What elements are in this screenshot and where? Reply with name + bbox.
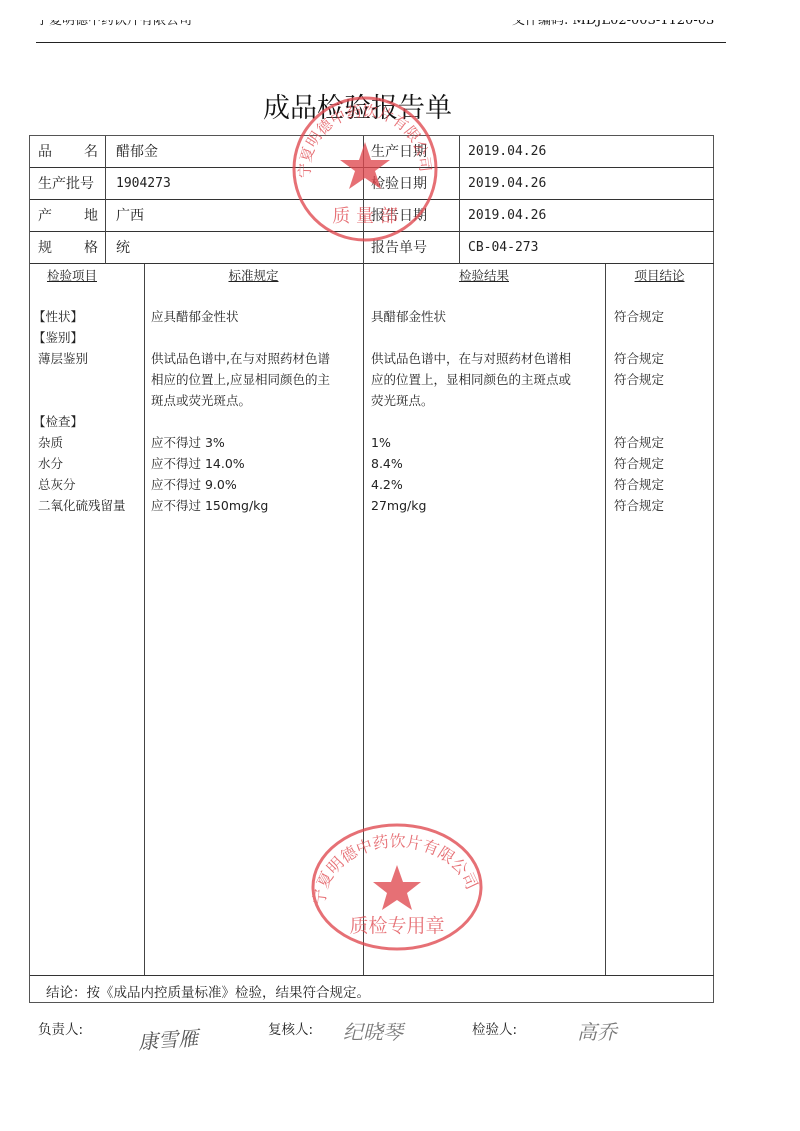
result-tlc: 供试品色谱中，在与对照药材色谱相应的位置上，显相同颜色的主斑点或荧光斑点。 <box>371 348 571 411</box>
check-conclusion: 符合规定 <box>614 495 664 516</box>
conclusion-tlc: 符合规定符合规定 <box>614 348 664 390</box>
item-xingzhuang: 【性状】 <box>33 306 83 327</box>
col-head-conclusion: 项目结论 <box>605 266 714 284</box>
result-xingzhuang: 具醋郁金性状 <box>371 306 446 327</box>
col-head-standard: 标准规定 <box>144 266 363 284</box>
responsible-label: 负责人: <box>38 1018 83 1038</box>
inspector-signature: 高乔 <box>577 1016 617 1045</box>
company-name: 宁夏明德中药饮片有限公司 <box>36 20 336 28</box>
prod-date-label: 生产日期 <box>371 136 427 168</box>
company-header: 宁夏明德中药饮片有限公司 <box>36 20 336 34</box>
doc-code-header: 文件编码: MDJL02-003-1120-03 <box>512 20 732 34</box>
check-standard: 应不得过 9.0% <box>151 474 237 495</box>
section-jiancha: 【检查】 <box>33 411 83 432</box>
inspector-label: 检验人: <box>472 1018 517 1038</box>
product-name-value: 醋郁金 <box>116 136 158 168</box>
origin-value: 广西 <box>116 200 144 232</box>
check-result: 27mg/kg <box>371 495 426 516</box>
spec-value: 统 <box>116 232 130 264</box>
check-item: 水分 <box>38 453 63 474</box>
origin-label: 产地 <box>38 200 98 232</box>
test-date-label: 检验日期 <box>371 168 427 200</box>
check-item: 二氧化硫残留量 <box>38 495 126 516</box>
batch-value: 1904273 <box>116 168 171 200</box>
test-date-value: 2019.04.26 <box>468 168 546 200</box>
prod-date-value: 2019.04.26 <box>468 136 546 168</box>
report-no-value: CB-04-273 <box>468 232 538 264</box>
check-result: 1% <box>371 432 391 453</box>
section-jianbie: 【鉴别】 <box>33 327 83 348</box>
report-table: 品名 醋郁金 生产批号 1904273 产地 广西 规格 统 生产日期 2019… <box>29 135 714 1003</box>
doc-code: 文件编码: MDJL02-003-1120-03 <box>512 20 732 28</box>
reviewer-label: 复核人: <box>268 1018 313 1038</box>
conclusion-xingzhuang: 符合规定 <box>614 306 664 327</box>
page-title: 成品检验报告单 <box>0 86 715 125</box>
responsible-signature: 康雪雁 <box>137 1022 199 1055</box>
report-date-label: 报告日期 <box>371 200 427 232</box>
col-head-item: 检验项目 <box>30 266 114 284</box>
batch-label: 生产批号 <box>38 168 94 200</box>
reviewer-signature: 纪晓琴 <box>343 1016 403 1045</box>
check-result: 8.4% <box>371 453 403 474</box>
check-standard: 应不得过 3% <box>151 432 225 453</box>
check-conclusion: 符合规定 <box>614 432 664 453</box>
check-item: 总灰分 <box>38 474 76 495</box>
check-conclusion: 符合规定 <box>614 453 664 474</box>
check-conclusion: 符合规定 <box>614 474 664 495</box>
check-standard: 应不得过 150mg/kg <box>151 495 268 516</box>
product-name-label: 品名 <box>38 136 98 168</box>
standard-tlc: 供试品色谱中,在与对照药材色谱相应的位置上,应显相同颜色的主斑点或荧光斑点。 <box>151 348 330 411</box>
final-conclusion: 结论：按《成品内控质量标准》检验，结果符合规定。 <box>46 983 370 1003</box>
item-tlc: 薄层鉴别 <box>38 348 88 369</box>
check-result: 4.2% <box>371 474 403 495</box>
header-divider <box>36 42 726 43</box>
check-item: 杂质 <box>38 432 63 453</box>
standard-xingzhuang: 应具醋郁金性状 <box>151 306 239 327</box>
spec-label: 规格 <box>38 232 98 264</box>
report-no-label: 报告单号 <box>371 232 427 264</box>
col-head-result: 检验结果 <box>363 266 605 284</box>
report-date-value: 2019.04.26 <box>468 200 546 232</box>
check-standard: 应不得过 14.0% <box>151 453 245 474</box>
